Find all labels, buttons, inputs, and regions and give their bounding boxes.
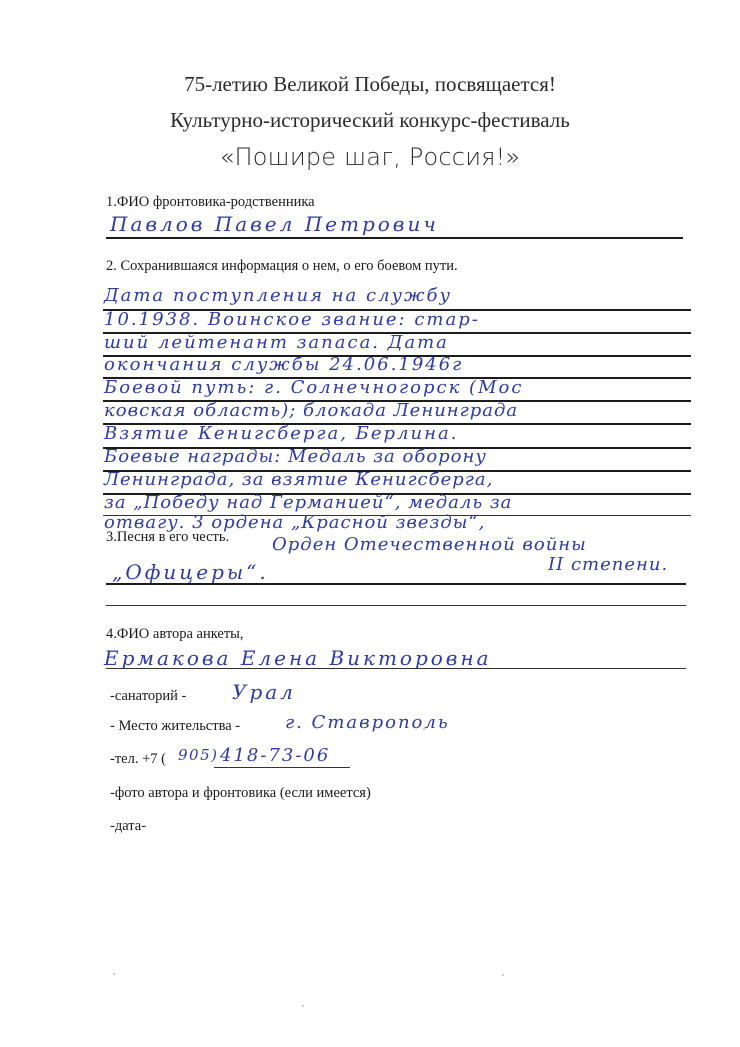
q2-answer-line-10: за „Победу над Германией“, медаль за: [104, 492, 512, 513]
q1-answer-handwritten: Павлов Павел Петрович: [110, 212, 439, 236]
q2-answer-line-3: ший лейтенант запаса. Дата: [104, 332, 449, 353]
q4-answer-handwritten: Ермакова Елена Викторовна: [104, 646, 492, 670]
q2-answer-line-13: II степени.: [548, 554, 668, 575]
q1-answer-line: [106, 237, 683, 239]
q1-label: 1.ФИО фронтовика-родственника: [106, 194, 315, 211]
phone-number-handwritten: 418-73-06: [220, 745, 330, 766]
q2-answer-line-6: ковская область); блокада Ленинграда: [104, 400, 518, 421]
q4-answer-line: [106, 668, 686, 669]
phone-code-handwritten: 905): [178, 746, 218, 764]
scan-speck: [423, 728, 425, 730]
q4-label: 4.ФИО автора анкеты,: [106, 626, 244, 643]
header-contest-title: Культурно-исторический конкурс-фестиваль: [0, 108, 740, 133]
sanatorium-label: -санаторий -: [110, 688, 186, 705]
phone-underline: [214, 767, 350, 768]
header-festival-name: «Пошире шаг, Россия!»: [0, 143, 740, 171]
sanatorium-answer-handwritten: Урал: [232, 680, 296, 704]
q2-answer-line-12: Орден Отечественной войны: [272, 534, 587, 555]
q2-label: 2. Сохранившаяся информация о нем, о его…: [106, 258, 458, 275]
questionnaire-page: 75-летию Великой Победы, посвящается! Ку…: [0, 0, 740, 1047]
phone-label: -тел. +7 (: [110, 751, 166, 768]
q3-rule-2: [106, 605, 686, 606]
residence-answer-handwritten: г. Ставрополь: [285, 712, 450, 733]
q3-label: 3.Песня в его честь.: [106, 529, 229, 546]
q3-rule-1: [106, 583, 686, 585]
residence-label: - Место жительства -: [110, 718, 240, 735]
date-label: -дата-: [110, 818, 146, 835]
q2-answer-line-1: Дата поступления на службу: [104, 285, 452, 306]
q2-answer-line-4: окончания службы 24.06.1946г: [104, 354, 463, 375]
q2-answer-line-9: Ленинграда, за взятие Кенигсберга,: [104, 469, 493, 490]
photo-label: -фото автора и фронтовика (если имеется): [110, 785, 371, 802]
q2-answer-line-7: Взятие Кенигсберга, Берлина.: [104, 423, 458, 444]
q3-answer-handwritten: „Офицеры“.: [112, 560, 269, 584]
scan-speck: [502, 974, 504, 976]
header-dedication: 75-летию Великой Победы, посвящается!: [0, 72, 740, 97]
q2-answer-line-2: 10.1938. Воинское звание: стар-: [104, 309, 480, 330]
q2-answer-line-5: Боевой путь: г. Солнечногорск (Мос: [104, 377, 523, 398]
q2-answer-line-8: Боевые награды: Медаль за оборону: [104, 446, 487, 467]
scan-speck: [302, 1005, 304, 1007]
scan-speck: [113, 973, 115, 975]
